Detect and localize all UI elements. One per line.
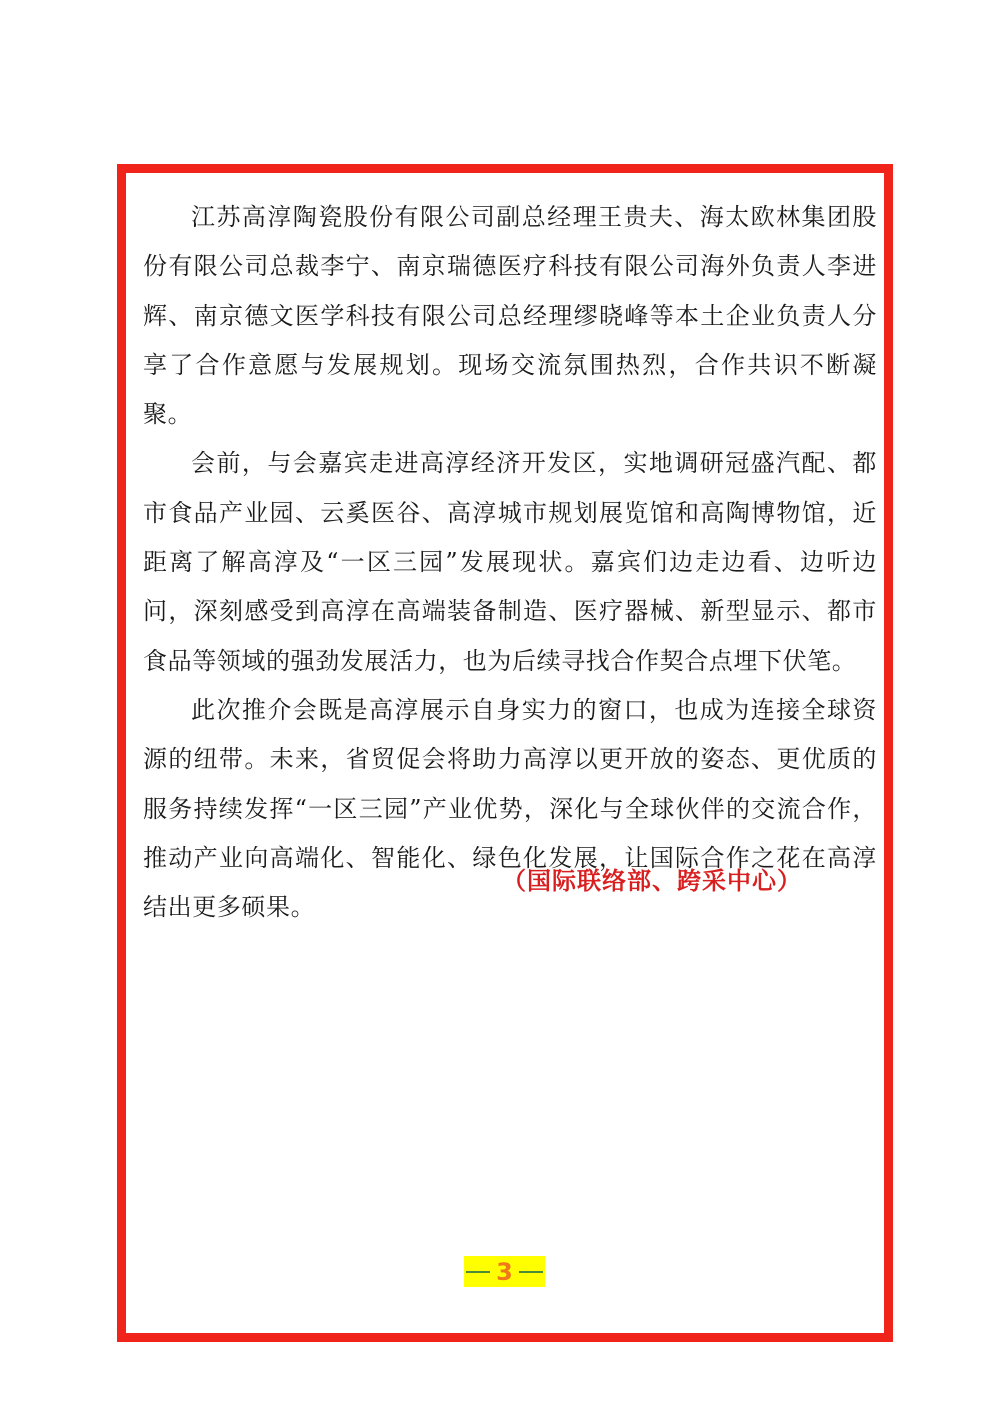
paragraph-2: 会前，与会嘉宾走进高淳经济开发区，实地调研冠盛汽配、都市食品产业园、云奚医谷、高…	[143, 439, 877, 685]
page-number-badge: 3	[464, 1256, 545, 1287]
page-number: 3	[496, 1260, 513, 1284]
signature: （国际联络部、跨采中心）	[502, 861, 802, 896]
paragraph-1: 江苏高淳陶瓷股份有限公司副总经理王贵夫、海太欧林集团股份有限公司总裁李宁、南京瑞…	[143, 193, 877, 439]
page-frame: 江苏高淳陶瓷股份有限公司副总经理王贵夫、海太欧林集团股份有限公司总裁李宁、南京瑞…	[117, 164, 893, 1342]
dash-right-icon	[519, 1271, 543, 1273]
article-body: 江苏高淳陶瓷股份有限公司副总经理王贵夫、海太欧林集团股份有限公司总裁李宁、南京瑞…	[143, 193, 877, 932]
dash-left-icon	[466, 1271, 490, 1273]
